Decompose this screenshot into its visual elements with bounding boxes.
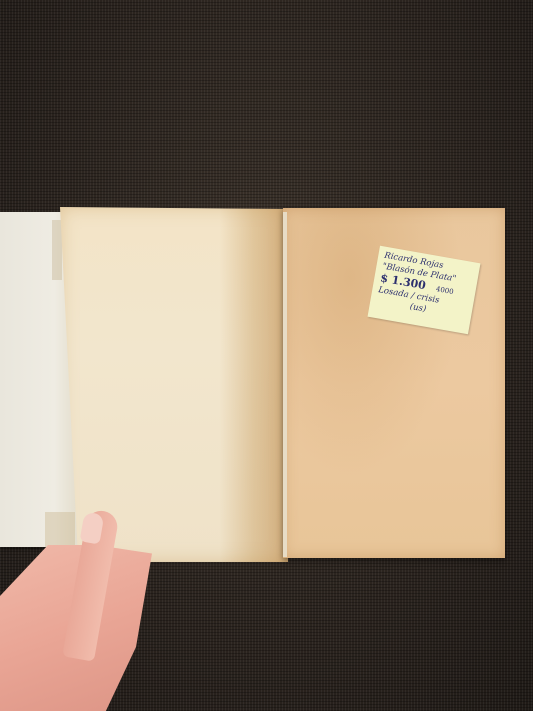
tape-strip: [45, 512, 75, 547]
tape-strip: [52, 220, 62, 280]
book-page-left: [60, 207, 288, 562]
note-alt-price: 4000: [435, 285, 454, 296]
photo-scene: Ricardo Rojas "Blasón de Plata" $ 1.300 …: [0, 0, 533, 711]
book-spine: [283, 212, 287, 557]
